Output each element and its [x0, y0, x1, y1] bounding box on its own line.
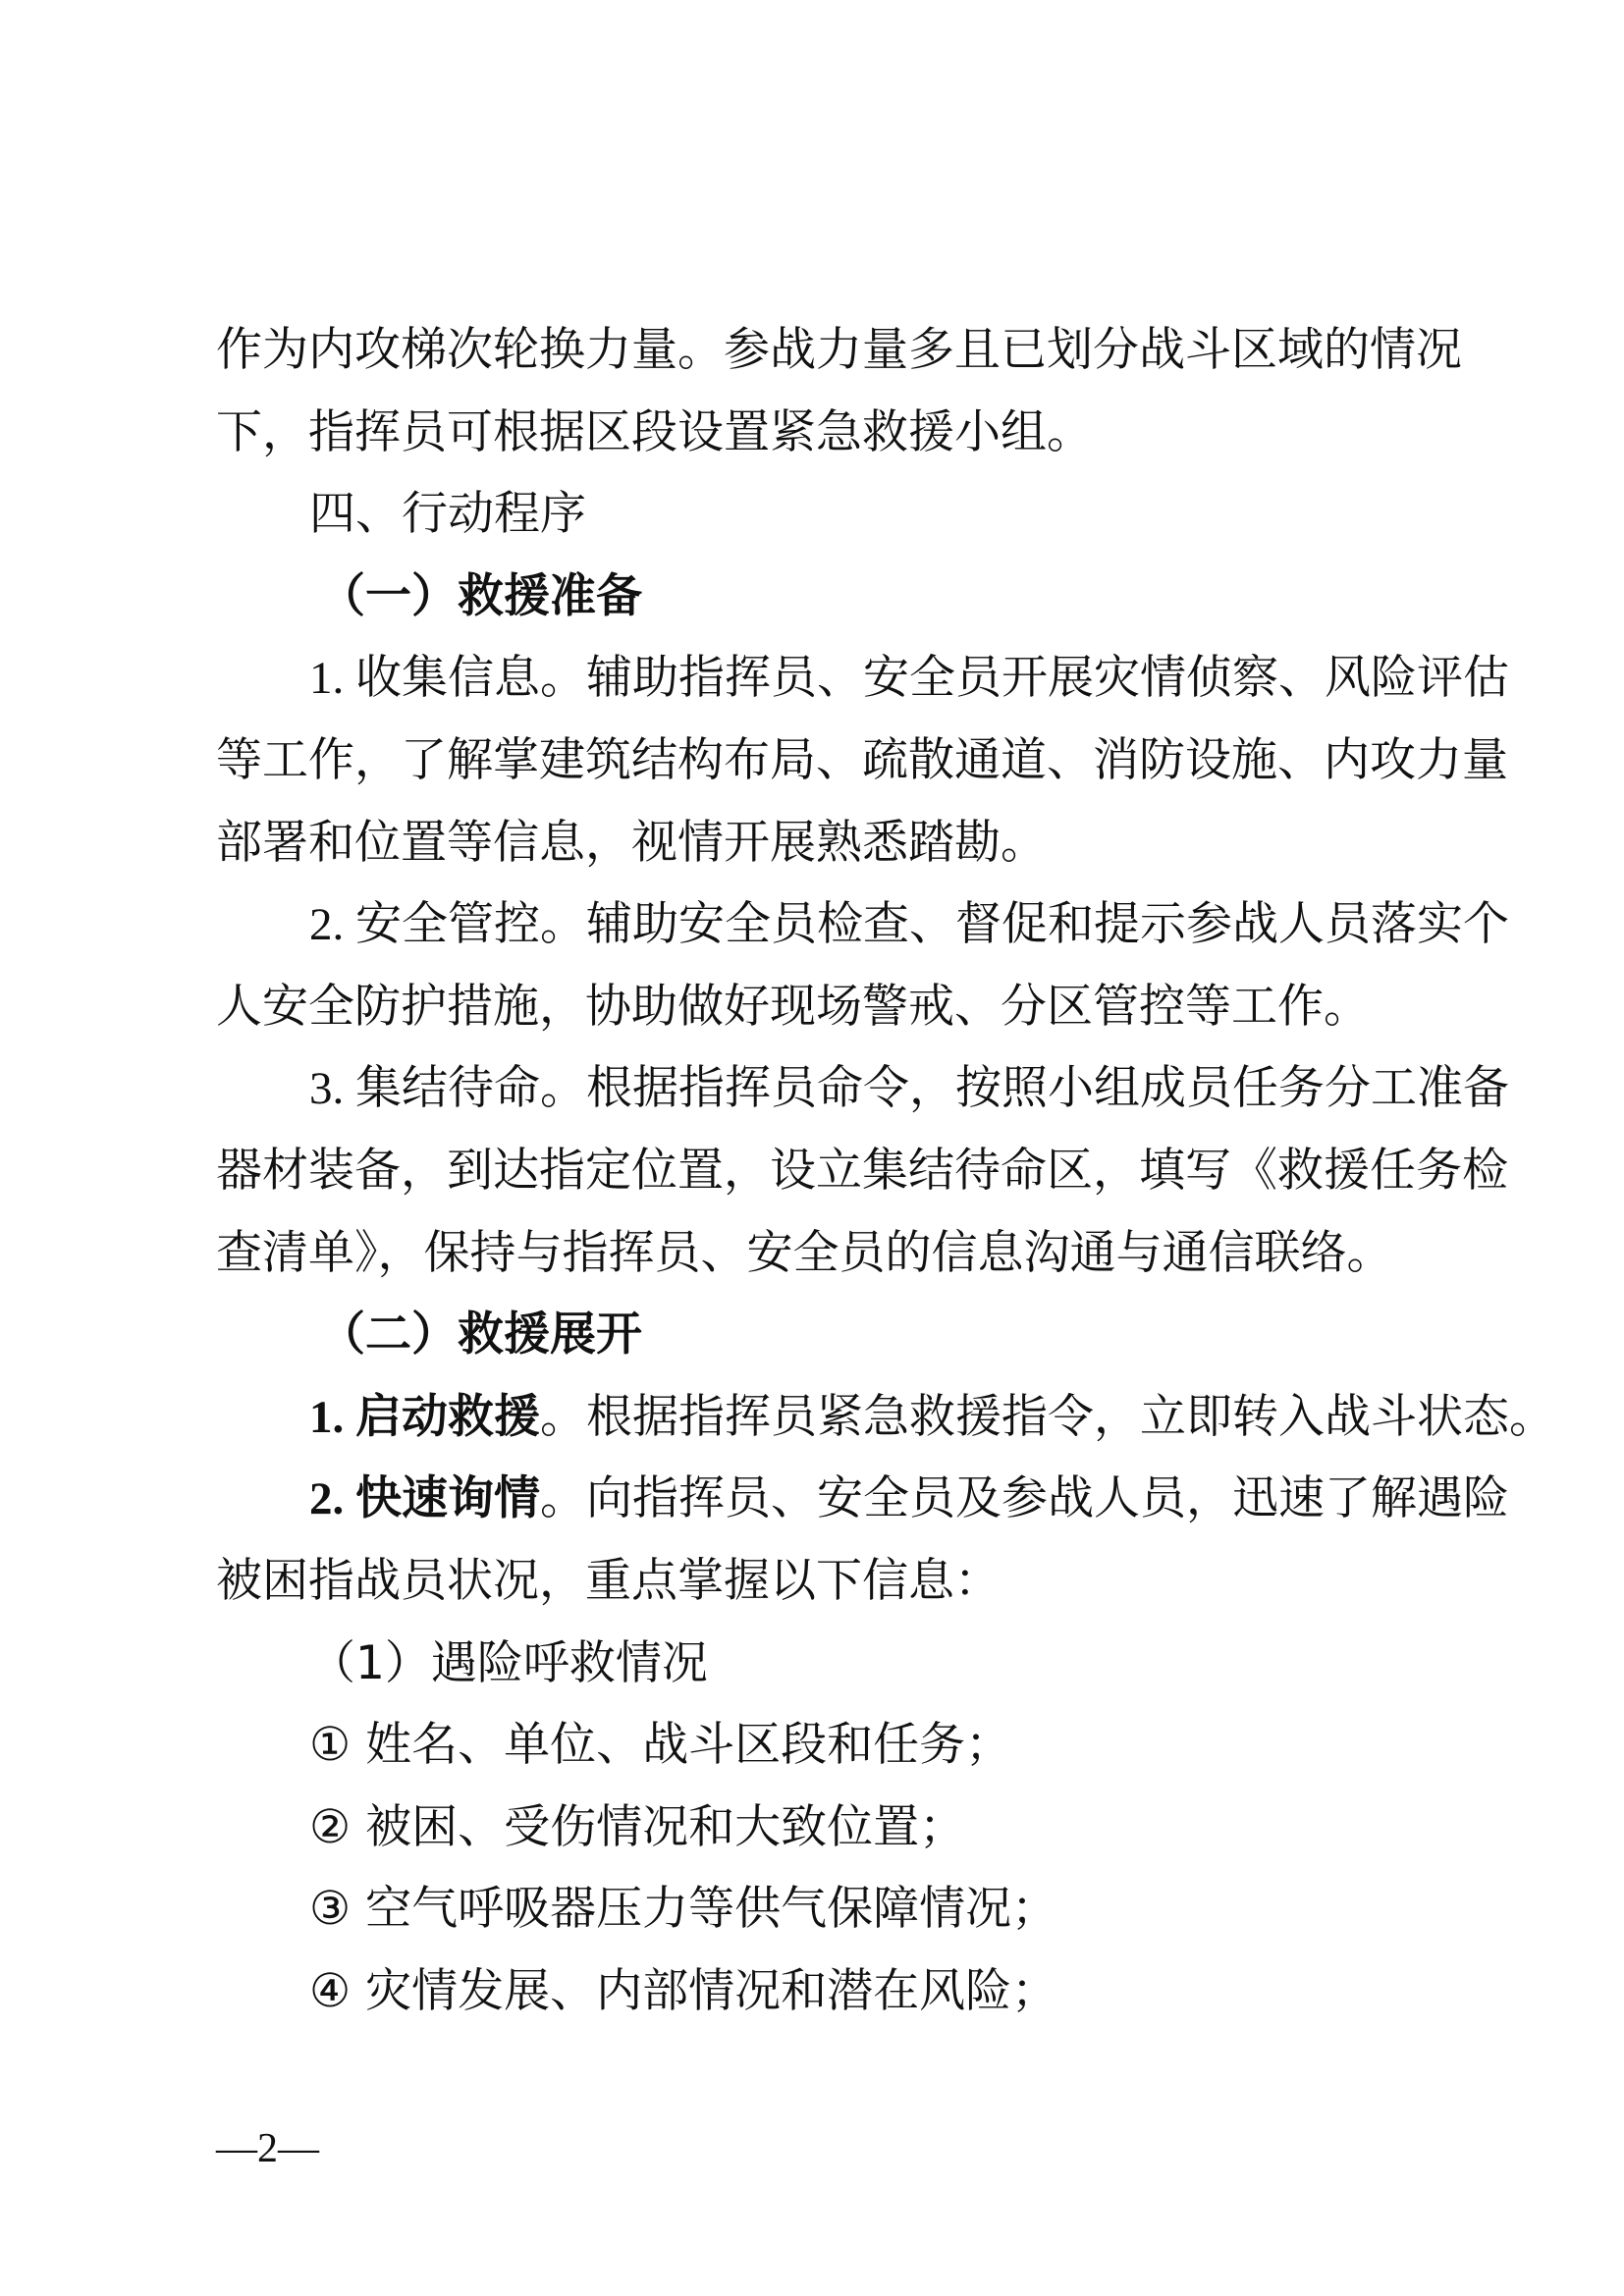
item-text: 。根据指挥员紧急救援指令，立即转入战斗状态。	[540, 1390, 1555, 1444]
subsection-heading-1: （一）救援准备	[216, 556, 1424, 638]
body-text-line: 等工作，了解掌建筑结构布局、疏散通道、消防设施、内攻力量	[216, 720, 1424, 802]
sub-item-heading: （1）遇险呼救情况	[216, 1623, 1424, 1705]
section-heading-4: 四、行动程序	[216, 473, 1424, 556]
item-lead: 收集信息	[355, 651, 540, 705]
body-text-line: 器材装备，到达指定位置，设立集结待命区，填写《救援任务检	[216, 1130, 1424, 1212]
subsection-heading-2: （二）救援展开	[216, 1294, 1424, 1376]
document-page: 作为内攻梯次轮换力量。参战力量多且已划分战斗区域的情况 下，指挥员可根据区段设置…	[216, 309, 1424, 2032]
list-item: ③ 空气呼吸器压力等供气保障情况；	[216, 1868, 1424, 1950]
list-item: ② 被困、受伤情况和大致位置；	[216, 1787, 1424, 1869]
item-text: 。辅助安全员检查、督促和提示参战人员落实个	[540, 897, 1509, 951]
item-lead: 安全管控	[355, 897, 540, 951]
item-lead: 快速询情	[355, 1471, 540, 1525]
item-start-rescue: 1. 启动救援。根据指挥员紧急救援指令，立即转入战斗状态。	[216, 1376, 1424, 1459]
item-number: 2.	[309, 1473, 355, 1524]
item-number: 1.	[309, 653, 355, 704]
item-number: 3.	[309, 1063, 355, 1114]
list-item: ① 姓名、单位、战斗区段和任务；	[216, 1704, 1424, 1787]
item-lead: 集结待命	[355, 1061, 540, 1115]
item-number: 2.	[309, 899, 355, 950]
item-assemble-standby: 3. 集结待命。根据指挥员命令，按照小组成员任务分工准备	[216, 1047, 1424, 1130]
item-lead: 启动救援	[355, 1390, 540, 1444]
list-item: ④ 灾情发展、内部情况和潜在风险；	[216, 1950, 1424, 2033]
page-number: —2—	[216, 2125, 319, 2172]
body-text-line: 作为内攻梯次轮换力量。参战力量多且已划分战斗区域的情况	[216, 309, 1424, 392]
body-text-line: 人安全防护措施，协助做好现场警戒、分区管控等工作。	[216, 966, 1424, 1048]
item-safety-control: 2. 安全管控。辅助安全员检查、督促和提示参战人员落实个	[216, 883, 1424, 966]
body-text-line: 查清单》，保持与指挥员、安全员的信息沟通与通信联络。	[216, 1212, 1424, 1295]
item-number: 1.	[309, 1392, 355, 1443]
body-text-line: 部署和位置等信息，视情开展熟悉踏勘。	[216, 802, 1424, 884]
item-collect-info: 1. 收集信息。辅助指挥员、安全员开展灾情侦察、风险评估	[216, 637, 1424, 720]
item-quick-inquiry: 2. 快速询情。向指挥员、安全员及参战人员，迅速了解遇险	[216, 1458, 1424, 1540]
item-text: 。根据指挥员命令，按照小组成员任务分工准备	[540, 1061, 1509, 1115]
body-text-line: 被困指战员状况，重点掌握以下信息：	[216, 1540, 1424, 1623]
item-text: 。向指挥员、安全员及参战人员，迅速了解遇险	[540, 1471, 1509, 1525]
item-text: 。辅助指挥员、安全员开展灾情侦察、风险评估	[540, 651, 1509, 705]
body-text-line: 下，指挥员可根据区段设置紧急救援小组。	[216, 392, 1424, 474]
